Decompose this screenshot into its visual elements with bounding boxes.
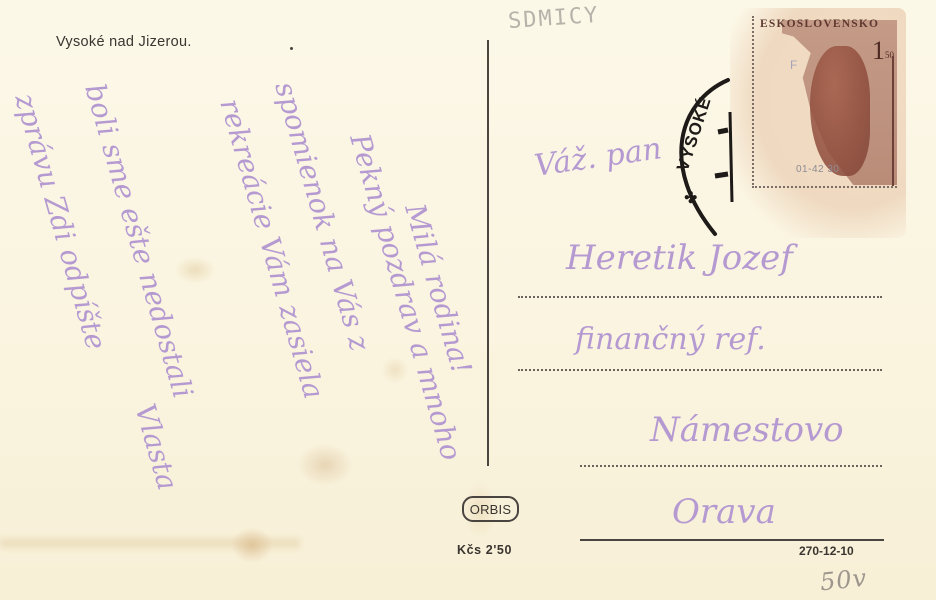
address-line-1 (518, 296, 882, 298)
address-line-2 (518, 369, 882, 371)
postmark-star-icon: ✤ (684, 188, 697, 207)
address-line-4 (580, 539, 884, 541)
address-salutation: Váž. pan (532, 131, 664, 183)
stamp-serial: 01-42 30 (796, 164, 839, 175)
paper-stain (0, 538, 300, 548)
address-line-3 (580, 465, 882, 467)
message-line-6: boli sme ešte nedostali (78, 80, 199, 402)
pencil-note-top: SDMICY (507, 3, 600, 34)
address-region: Orava (672, 492, 776, 532)
stamp-value: 150 (872, 36, 894, 66)
address-name: Heretik Jozef (566, 238, 793, 278)
stamp-border-line (892, 56, 894, 186)
price-label: Kčs 2'50 (457, 543, 512, 557)
center-divider (487, 40, 489, 466)
print-code: 270-12-10 (799, 544, 854, 558)
message-line-5: Vlasta (128, 400, 184, 494)
print-dot (290, 47, 293, 50)
address-town: Námestovo (650, 410, 844, 450)
stamp-faded-text: F (790, 58, 797, 72)
postmark: VYSOKÉ ✤ (660, 72, 790, 242)
pencil-note-bottom: 50v (819, 564, 869, 597)
stamp-country: ESKOSLOVENSKO (760, 18, 879, 30)
stamp-value-main: 1 (872, 36, 885, 65)
place-caption: Vysoké nad Jizerou. (56, 34, 192, 50)
address-title: finančný ref. (575, 322, 766, 357)
postcard-back: Vysoké nad Jizerou. SDMICY Milá rodina! … (0, 0, 936, 600)
publisher-logo: ORBIS (462, 496, 519, 522)
